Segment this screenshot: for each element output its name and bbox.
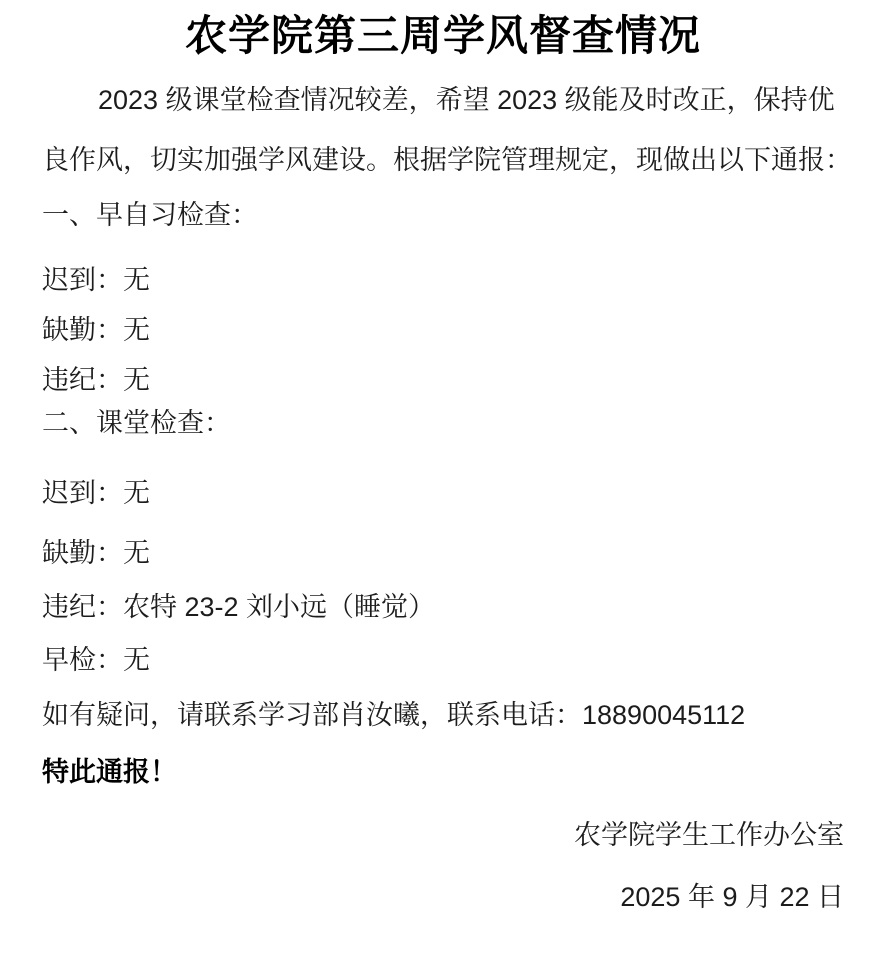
date-line: 2025 年 9 月 22 日 (42, 882, 844, 912)
section-1-item-violation: 违纪：无 (42, 365, 844, 395)
intro-line-2: 良作风，切实加强学风建设。根据学院管理规定，现做出以下通报： (42, 145, 844, 175)
closing-line: 特此通报！ (42, 757, 844, 787)
section-2-item-morning-check: 早检：无 (42, 645, 844, 675)
section-2-heading: 二、课堂检查： (42, 408, 844, 438)
signature-line: 农学院学生工作办公室 (42, 820, 844, 850)
intro-line-1: 2023 级课堂检查情况较差，希望 2023 级能及时改正，保持优 (42, 85, 844, 115)
section-2-item-late: 迟到：无 (42, 478, 844, 508)
section-2-item-violation: 违纪：农特 23-2 刘小远（睡觉） (42, 592, 844, 622)
section-2-item-absent: 缺勤：无 (42, 538, 844, 568)
contact-line: 如有疑问，请联系学习部肖汝曦，联系电话：18890045112 (42, 700, 844, 730)
section-1-item-absent: 缺勤：无 (42, 315, 844, 345)
section-1-heading: 一、早自习检查： (42, 200, 844, 230)
section-1-item-late: 迟到：无 (42, 265, 844, 295)
page-title: 农学院第三周学风督查情况 (42, 12, 844, 60)
notice-document: 农学院第三周学风督查情况 2023 级课堂检查情况较差，希望 2023 级能及时… (0, 0, 886, 960)
